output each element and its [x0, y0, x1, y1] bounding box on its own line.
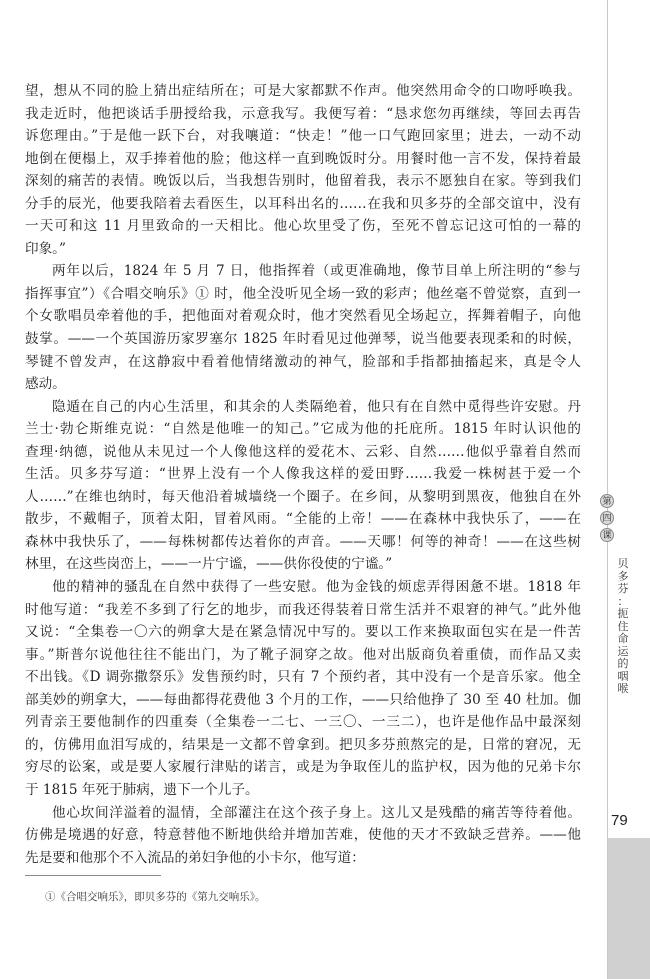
text-line: 于 1815 年死于肺病，遗下一个儿子。 [25, 779, 581, 802]
text-line: 隐遁在自己的内心生活里，和其余的人类隔绝着，他只有在自然中觅得些许安慰。丹 [25, 396, 581, 419]
text-line: 仿佛是境遇的好意，特意替他不断地供给并增加苦难，使他的天才不致缺乏营养。——他 [25, 824, 581, 847]
text-line: 地倒在便榻上，双手捧着他的脸；他这样一直到晚饭时分。用餐时他一言不发，保持着最 [25, 148, 581, 171]
title-char: 扼 [616, 608, 630, 621]
text-line: 指挥事宜”）《合唱交响乐》① 时，他全没听见全场一致的彩声；他丝毫不曾觉察，直到… [25, 283, 581, 306]
text-line: 事。”斯普尔说他往往不能出门，为了靴子洞穿之故。他对出版商负着重债，而作品又卖 [25, 644, 581, 667]
text-line: 生活。贝多芬写道：“世界上没有一个人像我这样的爱田野……我爱一株树甚于爱一个 [25, 463, 581, 486]
text-line: 望，想从不同的脸上猜出症结所在；可是大家都默不作声。他突然用命令的口吻呼唤我。 [25, 80, 581, 103]
text-line: 穷尽的讼案，或是要人家履行津贴的诺言，或是为争取侄儿的监护权，因为他的兄弟卡尔 [25, 756, 581, 779]
text-line: 又说：“全集卷一〇六的朔拿大是在紧急情况中写的。要以工作来换取面包实在是一件苦 [25, 621, 581, 644]
text-line: 森林中我快乐了，——每株树都传达着你的声音。——天哪！何等的神奇！——在这些树 [25, 531, 581, 554]
lesson-badge-group: 第 四 课 [600, 494, 615, 545]
text-line: 人……”在维也纳时，每天他沿着城墙绕一个圈子。在乡间，从黎明到黑夜，他独自在外 [25, 486, 581, 509]
text-line: 印象。” [25, 238, 581, 261]
title-char: 喉 [616, 683, 630, 696]
text-line: 先是要和他那个不入流品的弟妇争他的小卡尔，他写道： [25, 847, 581, 870]
text-line: 个女歌唱员牵着他的手，把他面对着观众时，他才突然看见全场起立，挥舞着帽子，向他 [25, 305, 581, 328]
text-line: 我走近时，他把谈话手册授给我，示意我写。我便写着：“恳求您勿再继续，等回去再告 [25, 103, 581, 126]
text-line: 时他写道：“我差不多到了行乞的地步，而我还得装着日常生活并不艰窘的神气。”此外他 [25, 599, 581, 622]
title-char: 的 [616, 658, 630, 671]
text-line: 兰士·勃仑斯维克说：“自然是他唯一的知己。”它成为他的托庇所。1815 年时认识… [25, 418, 581, 441]
text-line: 鼓掌。——一个英国游历家罗塞尔 1825 年时看见过他弹琴，说当他要表现柔和的时… [25, 328, 581, 351]
page-edge-tab [608, 838, 650, 979]
margin-rule [607, 0, 608, 979]
text-line: 他心坎间洋溢着的温情，全部灌注在这个孩子身上。这儿又是残酷的痛苦等待着他。 [25, 802, 581, 825]
text-line: 感动。 [25, 373, 581, 396]
title-char: 命 [616, 633, 630, 646]
page-number: 79 [611, 812, 628, 829]
text-line: 林里，在这些岗峦上，——一片宁谧，——供你役使的宁谧。” [25, 553, 581, 576]
body-text: 望，想从不同的脸上猜出症结所在；可是大家都默不作声。他突然用命令的口吻呼唤我。我… [25, 80, 581, 869]
text-line: 一天可和这 11 月里致命的一天相比。他心坎里受了伤，至死不曾忘记这可怕的一幕的 [25, 215, 581, 238]
text-line: 不出钱。《D 调弥撒祭乐》发售预约时，只有 7 个预约者，其中没有一个是音乐家。… [25, 666, 581, 689]
text-line: 分手的辰光，他要我陪着去看医生，以耳科出名的……在我和贝多芬的全部交谊中，没有 [25, 193, 581, 216]
lesson-badge-di: 第 [600, 494, 614, 508]
lesson-badge-ke: 课 [600, 528, 614, 542]
text-line: 列青亲王要他制作的四重奏（全集卷一二七、一三〇、一三二），也许是他作品中最深刻 [25, 711, 581, 734]
text-line: 散步，不戴帽子，顶着太阳，冒着风雨。“全能的上帝！——在森林中我快乐了，——在 [25, 508, 581, 531]
title-char: 芬 [616, 583, 630, 596]
text-line: 查理·纳德，说他从未见过一个人像他这样的爱花木、云彩、自然……他似乎靠着自然而 [25, 441, 581, 464]
title-char: 贝 [616, 558, 630, 571]
text-line: 两年以后，1824 年 5 月 7 日，他指挥着（或更准确地，像节目单上所注明的… [25, 260, 581, 283]
footnote-divider [25, 875, 161, 876]
text-line: 部美妙的朔拿大，——每曲都得花费他 3 个月的工作，——只给他挣了 30 至 4… [25, 689, 581, 712]
running-title: 贝 多 芬 ： 扼 住 命 运 的 咽 喉 [616, 558, 630, 696]
text-line: 诉您理由。”于是他一跃下台，对我嚷道：“快走！”他一口气跑回家里；进去，一动不动 [25, 125, 581, 148]
text-line: 的，仿佛用血泪写成的，结果是一文都不曾拿到。把贝多芬煎熬完的是，日常的窘况，无 [25, 734, 581, 757]
text-line: 琴键不曾发声，在这静寂中看着他情绪激动的神气，脸部和手指都抽搐起来，真是令人 [25, 351, 581, 374]
footnote: ①《合唱交响乐》，即贝多芬的《第九交响乐》。 [45, 889, 266, 904]
text-line: 深刻的痛苦的表情。晚饭以后，当我想告别时，他留着我，表示不愿独自在家。等到我们 [25, 170, 581, 193]
text-line: 他的精神的骚乱在自然中获得了一些安慰。他为金钱的烦虑弄得困惫不堪。1818 年 [25, 576, 581, 599]
lesson-badge-si: 四 [600, 511, 614, 525]
